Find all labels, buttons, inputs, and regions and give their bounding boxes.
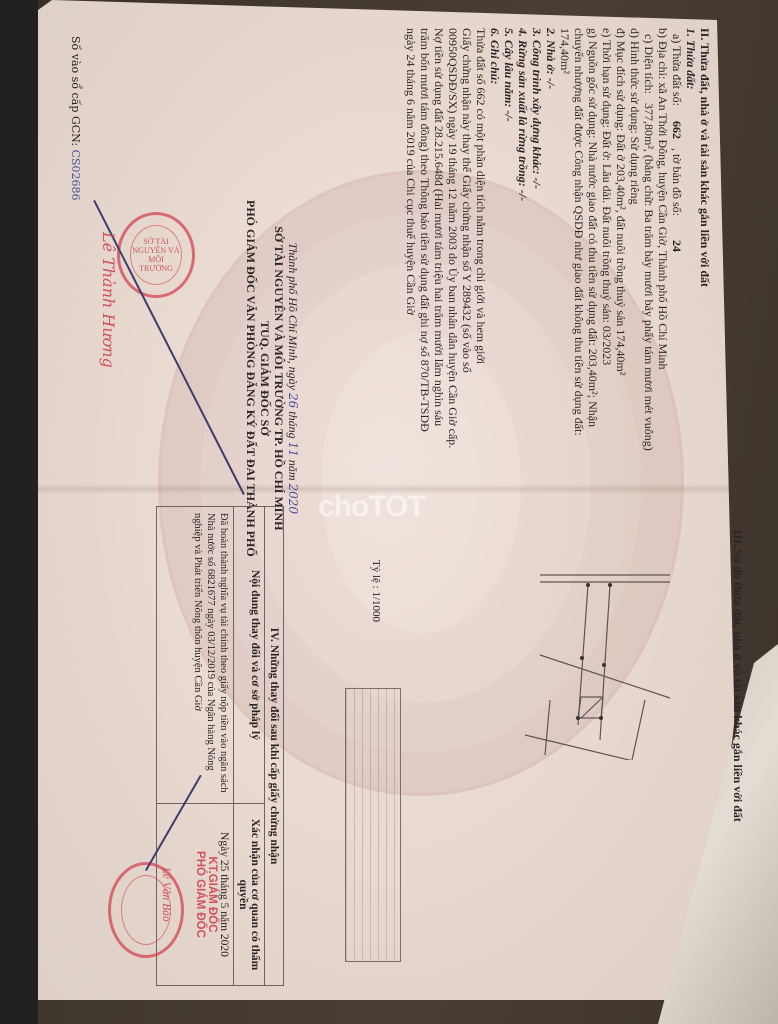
section-4-title: IV. Những thay đổi sau khi cấp giấy chứn… — [265, 507, 284, 986]
note-line: Thửa đất số 662 có một phần diện tích nằ… — [474, 28, 488, 451]
photo-background-edge — [0, 0, 38, 1024]
place-date: Thành phố Hồ Chí Minh, ngày 26 tháng 11 … — [286, 200, 300, 557]
area-row: c) Diện tích: 377,80m², (bằng chữ: Ba tr… — [642, 28, 656, 451]
col-confirm: Xác nhận của cơ quan có thẩm quyền — [234, 803, 265, 985]
area-value: 377,80m², (bằng chữ: Ba trăm bảy mươi bả… — [642, 103, 656, 451]
area-label: c) Diện tích: — [642, 34, 656, 94]
note-line: 00950QSDĐ/SX) ngày 19 tháng 12 năm 2003 … — [446, 28, 460, 451]
change-content: Đã hoàn thành nghĩa vụ tài chính theo gi… — [157, 507, 234, 804]
usage-origin-2: chuyển nhượng đất được Công nhận QSDĐ nh… — [572, 28, 586, 451]
house: 2. Nhà ở: -/- — [544, 28, 558, 451]
other-works: 3. Công trình xây dựng khác: -/- — [530, 28, 544, 451]
planted-forest: 4. Rừng sản xuất là rừng trồng: -/- — [516, 28, 530, 451]
signer-title: PHÓ GIÁM ĐỐC VĂN PHÒNG ĐĂNG KÝ ĐẤT ĐAI T… — [244, 200, 258, 557]
usage-purpose: đ) Mục đích sử dụng: Đất ở 203,40m², đất… — [614, 28, 628, 451]
chotot-watermark: choTOT — [318, 490, 425, 524]
section-2-land-info: II. Thửa đất, nhà ở và tài sản khác gắn … — [404, 28, 712, 451]
section-3-title: III. Sơ đồ thửa đất, nhà ở và tài sản kh… — [730, 530, 745, 822]
map-sheet-label: , tờ bản đồ số: — [670, 148, 684, 216]
address: b) Địa chỉ: xã An Thới Đông, huyện Cần G… — [656, 28, 670, 451]
land-heading: 1. Thửa đất: — [684, 28, 698, 451]
department: SỞ TÀI NGUYÊN VÀ MÔI TRƯỜNG TP. HỒ CHÍ M… — [272, 200, 286, 557]
on-behalf: TUQ. GIÁM ĐỐC SỞ — [258, 200, 272, 557]
year: 2020 — [286, 484, 300, 515]
notes-heading: 6. Ghi chú: — [488, 28, 502, 451]
registry-value: CS02686 — [69, 150, 82, 201]
signature-block: Thành phố Hồ Chí Minh, ngày 26 tháng 11 … — [244, 200, 300, 557]
usage-origin-1: g) Nguồn gốc sử dụng: Nhà nước giao đất … — [586, 28, 600, 451]
map-sheet-number: 24 — [670, 240, 684, 252]
perennial-trees: 5. Cây lâu năm: -/- — [502, 28, 516, 451]
usage-origin-3: 174,40m² — [558, 28, 572, 451]
confirm-title-2: PHÓ GIÁM ĐỐC — [194, 810, 206, 979]
usage-form: d) Hình thức sử dụng: Sử dụng riêng — [628, 28, 642, 451]
coordinate-table — [345, 688, 401, 962]
day: 26 — [286, 393, 300, 408]
confirm-title-1: KT.GIÁM ĐỐC — [206, 810, 218, 979]
map-scale: Tỷ lệ : 1/1000 — [370, 560, 382, 622]
parcel-diagram — [520, 560, 700, 760]
signer-name: Lê Thành Hương — [99, 232, 118, 368]
note-line: trăm bốn mươi tám đồng) theo Thông báo t… — [418, 28, 432, 451]
usage-term: e) Thời hạn sử dụng: Đất ở: Lâu dài. Đất… — [600, 28, 614, 451]
section-2-title: II. Thửa đất, nhà ở và tài sản khác gắn … — [698, 28, 712, 451]
note-line: ngày 24 tháng 6 năm 2019 của Chi cục thu… — [404, 28, 418, 451]
parcel-label: a) Thửa đất số: — [670, 34, 684, 106]
col-change: Nội dung thay đổi và cơ sở pháp lý — [234, 507, 265, 804]
parcel-number: 662 — [670, 121, 684, 139]
confirm-date: Ngày 25 tháng 5 năm 2020 — [218, 810, 230, 979]
confirm-stamp — [108, 862, 184, 958]
note-line: Nợ tiền sử dụng đất 28.215.648đ (Hai mươ… — [432, 28, 446, 451]
registry-number: Số vào sổ cấp GCN: CS02686 — [69, 36, 82, 201]
official-stamp: SỞ TÀI NGUYÊN VÀ MÔI TRƯỜNG — [117, 212, 195, 298]
parcel-row: a) Thửa đất số: 662 , tờ bản đồ số: 24 — [670, 28, 684, 451]
note-line: Giấy chứng nhận này thay thế Giấy chứng … — [460, 28, 474, 451]
month: 11 — [286, 442, 300, 457]
